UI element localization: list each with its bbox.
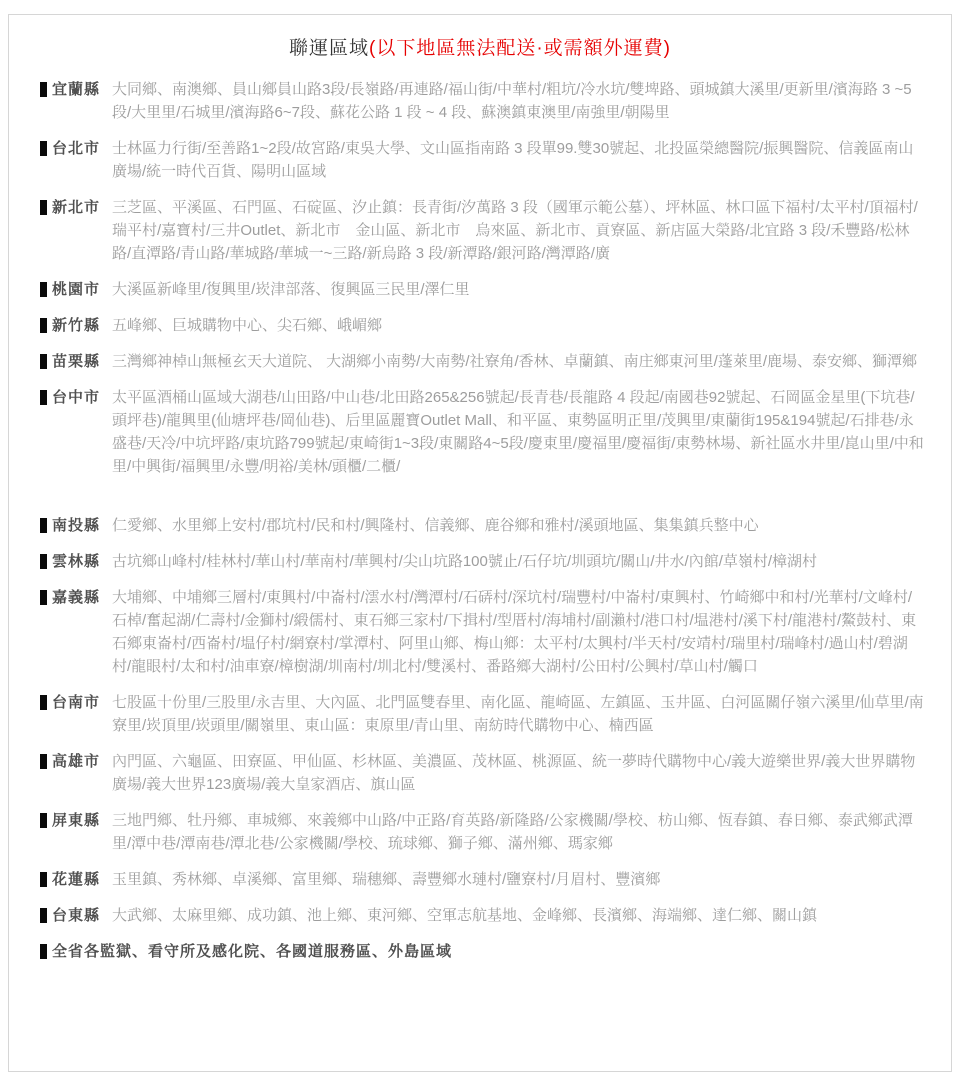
region-label-col: 台東縣	[40, 904, 112, 927]
region-label-col: 苗栗縣	[40, 350, 112, 373]
region-areas-text: 內門區、六龜區、田寮區、甲仙區、杉林區、美濃區、茂林區、桃源區、統一夢時代購物中…	[112, 750, 925, 796]
region-areas-text: 三地門鄉、牡丹鄉、車城鄉、來義鄉中山路/中正路/育英路/新隆路/公家機關/學校、…	[112, 809, 925, 855]
region-name: 高雄市	[52, 750, 100, 773]
region-label-col: 台中市	[40, 386, 112, 409]
page-title-main: 聯運區域	[289, 38, 369, 59]
region-name: 雲林縣	[52, 550, 100, 573]
region-areas-text: 大溪區新峰里/復興里/崁津部落、復興區三民里/澤仁里	[112, 278, 925, 301]
region-name: 台中市	[52, 386, 100, 409]
restricted-areas-panel: 聯運區域(以下地區無法配送·或需額外運費) 宜蘭縣 大同鄉、南澳鄉、員山鄉員山路…	[8, 14, 952, 1072]
region-name: 新北市	[52, 196, 100, 219]
region-label-col: 新竹縣	[40, 314, 112, 337]
region-row-嘉義縣: 嘉義縣 大埔鄉、中埔鄉三層村/東興村/中崙村/澐水村/灣潭村/石硦村/深坑村/瑞…	[9, 586, 951, 678]
region-name: 宜蘭縣	[52, 78, 100, 101]
region-label-col: 桃園市	[40, 278, 112, 301]
region-name: 台南市	[52, 691, 100, 714]
page-title: 聯運區域(以下地區無法配送·或需額外運費)	[9, 33, 951, 60]
black-bar-bullet-icon	[40, 590, 47, 605]
region-areas-text: 士林區力行街/至善路1~2段/故宮路/東吳大學、文山區指南路 3 段單99.雙3…	[112, 137, 925, 183]
region-name: 台東縣	[52, 904, 100, 927]
black-bar-bullet-icon	[40, 554, 47, 569]
black-bar-bullet-icon	[40, 82, 47, 97]
region-row-雲林縣: 雲林縣 古坑鄉山峰村/桂林村/華山村/華南村/華興村/尖山坑路100號止/石仔坑…	[9, 550, 951, 573]
region-name: 苗栗縣	[52, 350, 100, 373]
region-row-新竹縣: 新竹縣 五峰鄉、巨城購物中心、尖石鄉、峨嵋鄉	[9, 314, 951, 337]
black-bar-bullet-icon	[40, 282, 47, 297]
footer-note-text: 全省各監獄、看守所及感化院、各國道服務區、外島區域	[52, 940, 925, 963]
region-areas-text: 七股區十份里/三股里/永吉里、大內區、北門區雙春里、南化區、龍崎區、左鎮區、玉井…	[112, 691, 925, 737]
region-areas-text: 大埔鄉、中埔鄉三層村/東興村/中崙村/澐水村/灣潭村/石硦村/深坑村/瑞豐村/中…	[112, 586, 925, 678]
black-bar-bullet-icon	[40, 200, 47, 215]
region-row-花蓮縣: 花蓮縣 玉里鎮、秀林鄉、卓溪鄉、富里鄉、瑞穗鄉、壽豐鄉水璉村/鹽寮村/月眉村、豐…	[9, 868, 951, 891]
region-label-col: 新北市	[40, 196, 112, 219]
region-label-col: 高雄市	[40, 750, 112, 773]
region-label-col: 屏東縣	[40, 809, 112, 832]
region-name: 桃園市	[52, 278, 100, 301]
region-row-苗栗縣: 苗栗縣 三灣鄉神棹山無極玄天大道院、 大湖鄉小南勢/大南勢/社寮角/香林、卓蘭鎮…	[9, 350, 951, 373]
region-areas-text: 三芝區、平溪區、石門區、石碇區、汐止鎮：長青街/汐萬路 3 段（國軍示範公墓）、…	[112, 196, 925, 265]
black-bar-bullet-icon	[40, 944, 47, 959]
black-bar-bullet-icon	[40, 872, 47, 887]
page-title-note: (以下地區無法配送·或需額外運費)	[369, 38, 671, 59]
region-label-col: 花蓮縣	[40, 868, 112, 891]
region-row-南投縣: 南投縣 仁愛鄉、水里鄉上安村/郡坑村/民和村/興隆村、信義鄉、鹿谷鄉和雅村/溪頭…	[9, 514, 951, 537]
black-bar-bullet-icon	[40, 390, 47, 405]
region-areas-text: 仁愛鄉、水里鄉上安村/郡坑村/民和村/興隆村、信義鄉、鹿谷鄉和雅村/溪頭地區、集…	[112, 514, 925, 537]
region-name: 嘉義縣	[52, 586, 100, 609]
region-areas-text: 古坑鄉山峰村/桂林村/華山村/華南村/華興村/尖山坑路100號止/石仔坑/圳頭坑…	[112, 550, 925, 573]
region-name: 台北市	[52, 137, 100, 160]
region-label-col: 雲林縣	[40, 550, 112, 573]
region-name: 新竹縣	[52, 314, 100, 337]
region-row-台南市: 台南市 七股區十份里/三股里/永吉里、大內區、北門區雙春里、南化區、龍崎區、左鎮…	[9, 691, 951, 737]
region-label-col: 嘉義縣	[40, 586, 112, 609]
black-bar-bullet-icon	[40, 695, 47, 710]
region-areas-text: 三灣鄉神棹山無極玄天大道院、 大湖鄉小南勢/大南勢/社寮角/香林、卓蘭鎮、南庄鄉…	[112, 350, 925, 373]
region-areas-text: 五峰鄉、巨城購物中心、尖石鄉、峨嵋鄉	[112, 314, 925, 337]
region-label-col: 宜蘭縣	[40, 78, 112, 101]
footer-note-row: 全省各監獄、看守所及感化院、各國道服務區、外島區域	[9, 940, 951, 963]
black-bar-bullet-icon	[40, 318, 47, 333]
black-bar-bullet-icon	[40, 518, 47, 533]
region-row-新北市: 新北市 三芝區、平溪區、石門區、石碇區、汐止鎮：長青街/汐萬路 3 段（國軍示範…	[9, 196, 951, 265]
region-name: 屏東縣	[52, 809, 100, 832]
region-name: 花蓮縣	[52, 868, 100, 891]
region-row-台東縣: 台東縣 大武鄉、太麻里鄉、成功鎮、池上鄉、東河鄉、空軍志航基地、金峰鄉、長濱鄉、…	[9, 904, 951, 927]
region-label-col: 台南市	[40, 691, 112, 714]
region-row-台北市: 台北市 士林區力行街/至善路1~2段/故宮路/東吳大學、文山區指南路 3 段單9…	[9, 137, 951, 183]
black-bar-bullet-icon	[40, 141, 47, 156]
region-areas-text: 大同鄉、南澳鄉、員山鄉員山路3段/長嶺路/再連路/福山街/中華村/粗坑/冷水坑/…	[112, 78, 925, 124]
region-label-col: 南投縣	[40, 514, 112, 537]
region-name: 南投縣	[52, 514, 100, 537]
region-row-高雄市: 高雄市 內門區、六龜區、田寮區、甲仙區、杉林區、美濃區、茂林區、桃源區、統一夢時…	[9, 750, 951, 796]
black-bar-bullet-icon	[40, 354, 47, 369]
region-row-屏東縣: 屏東縣 三地門鄉、牡丹鄉、車城鄉、來義鄉中山路/中正路/育英路/新隆路/公家機關…	[9, 809, 951, 855]
black-bar-bullet-icon	[40, 754, 47, 769]
region-areas-text: 玉里鎮、秀林鄉、卓溪鄉、富里鄉、瑞穗鄉、壽豐鄉水璉村/鹽寮村/月眉村、豐濱鄉	[112, 868, 925, 891]
region-label-col: 台北市	[40, 137, 112, 160]
region-areas-text: 太平區酒桶山區域大湖巷/山田路/中山巷/北田路265&256號起/長青巷/長龍路…	[112, 386, 925, 478]
region-row-宜蘭縣: 宜蘭縣 大同鄉、南澳鄉、員山鄉員山路3段/長嶺路/再連路/福山街/中華村/粗坑/…	[9, 78, 951, 124]
region-areas-text: 大武鄉、太麻里鄉、成功鎮、池上鄉、東河鄉、空軍志航基地、金峰鄉、長濱鄉、海端鄉、…	[112, 904, 925, 927]
region-row-台中市: 台中市 太平區酒桶山區域大湖巷/山田路/中山巷/北田路265&256號起/長青巷…	[9, 386, 951, 478]
black-bar-bullet-icon	[40, 908, 47, 923]
region-row-桃園市: 桃園市 大溪區新峰里/復興里/崁津部落、復興區三民里/澤仁里	[9, 278, 951, 301]
page: 聯運區域(以下地區無法配送·或需額外運費) 宜蘭縣 大同鄉、南澳鄉、員山鄉員山路…	[0, 0, 960, 1089]
black-bar-bullet-icon	[40, 813, 47, 828]
region-list: 宜蘭縣 大同鄉、南澳鄉、員山鄉員山路3段/長嶺路/再連路/福山街/中華村/粗坑/…	[9, 78, 951, 927]
